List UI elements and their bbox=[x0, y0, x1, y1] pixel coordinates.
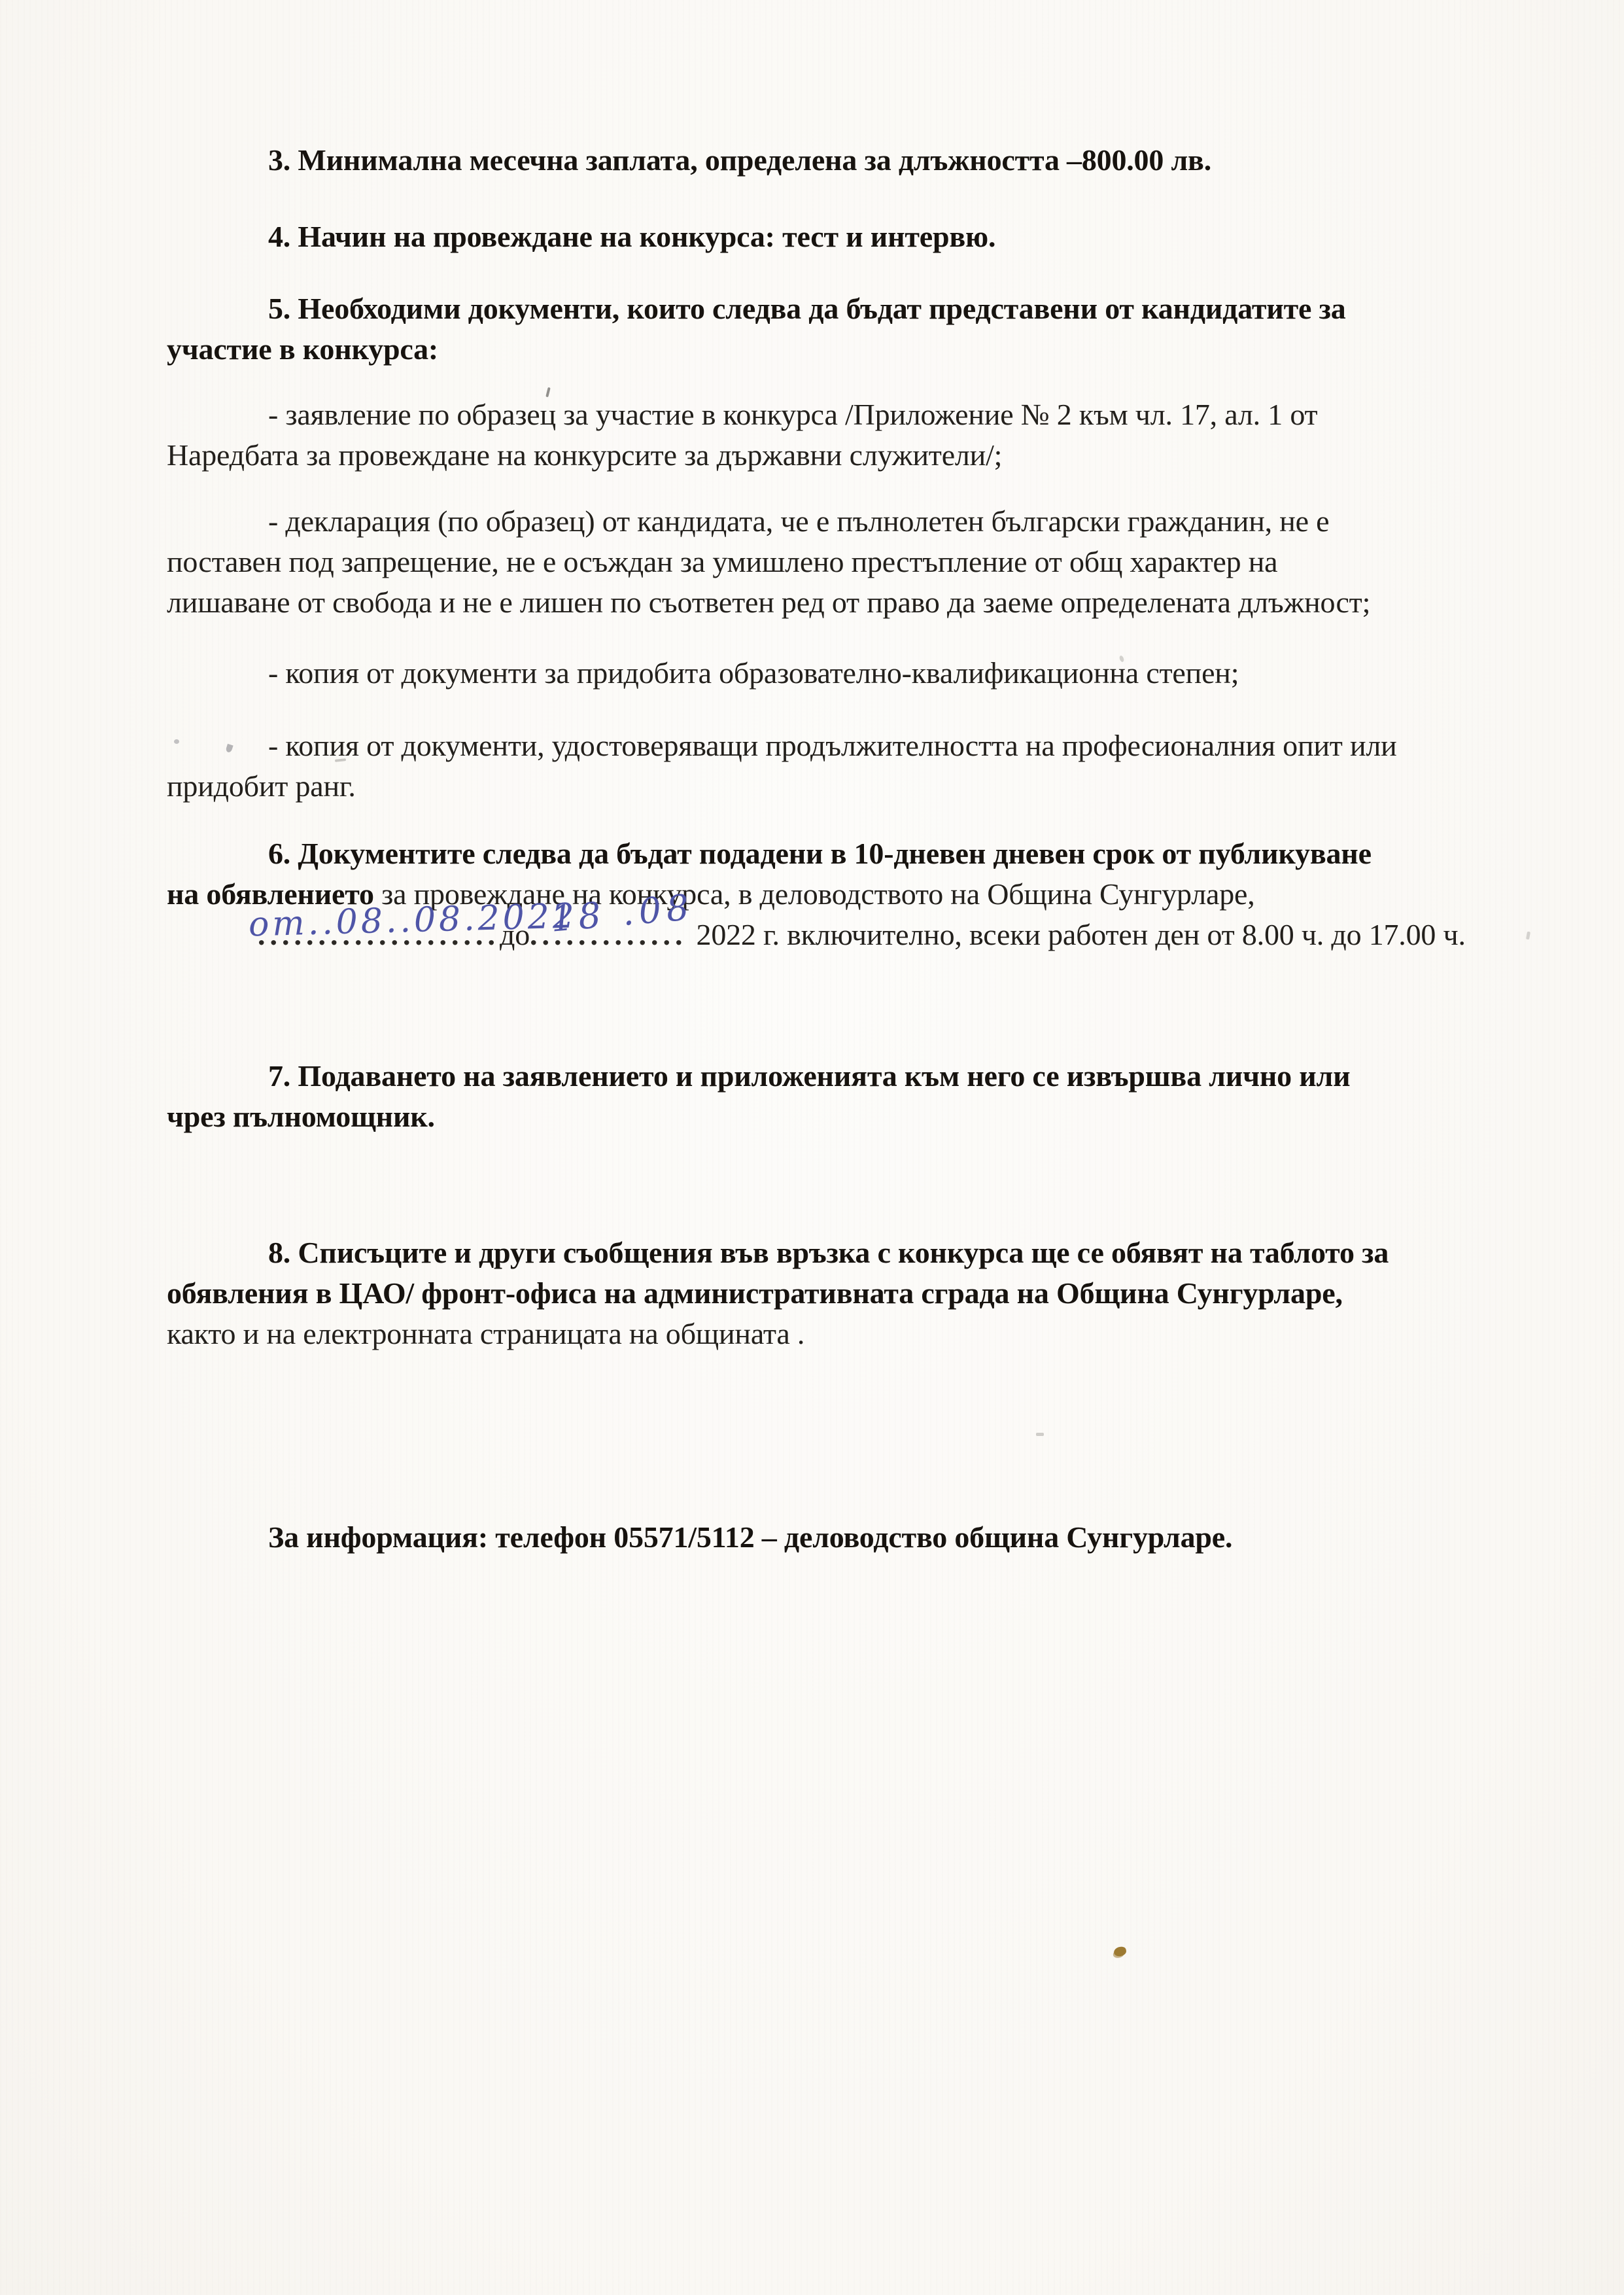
paragraph-bullet-deklaracia: - декларация (по образец) от кандидата, … bbox=[167, 501, 1413, 623]
item5-line1: 5. Необходими документи, които следва да… bbox=[268, 292, 1346, 325]
bullet-zayavlenie-line1: - заявление по образец за участие в конк… bbox=[268, 398, 1317, 431]
paragraph-item-6: 6. Документите следва да бъдат подадени … bbox=[167, 833, 1413, 955]
paragraph-bullet-zayavlenie: - заявление по образец за участие в конк… bbox=[167, 394, 1413, 476]
paragraph-item-7: 7. Подаването на заявлението и приложени… bbox=[167, 1056, 1413, 1137]
scan-artifact bbox=[1526, 932, 1530, 940]
bullet-zayavlenie-line2: Наредбата за провеждане на конкурсите за… bbox=[167, 438, 1002, 472]
bullet-kopia-opit-line1: - копия от документи, удостоверяващи про… bbox=[268, 729, 1397, 762]
scanned-document-page: 3. Минимална месечна заплата, определена… bbox=[0, 0, 1624, 2295]
item8-line3: както и на електронната страницата на об… bbox=[167, 1317, 804, 1350]
item8-line2: обявления в ЦАО/ фронт-офиса на админист… bbox=[167, 1276, 1343, 1310]
document-body: 3. Минимална месечна заплата, определена… bbox=[167, 140, 1413, 1558]
paragraph-bullet-kopia-opit: - копия от документи, удостоверяващи про… bbox=[167, 726, 1413, 807]
item8-line1: 8. Списъците и други съобщения във връзк… bbox=[268, 1236, 1389, 1269]
paper-stain bbox=[1113, 1946, 1127, 1957]
item7-line1: 7. Подаването на заявлението и приложени… bbox=[268, 1059, 1350, 1093]
bullet-kopia-stepen-line1: - копия от документи за придобита образо… bbox=[268, 656, 1239, 690]
bullet-deklaracia-line2: поставен под запрещение, не е осъждан за… bbox=[167, 545, 1277, 578]
bullet-deklaracia-line3: лишаване от свобода и не е лишен по съот… bbox=[167, 586, 1370, 619]
paragraph-item-3: 3. Минимална месечна заплата, определена… bbox=[167, 140, 1413, 181]
item4-line1: 4. Начин на провеждане на конкурса: тест… bbox=[268, 220, 995, 253]
paragraph-item-8: 8. Списъците и други съобщения във връзк… bbox=[167, 1233, 1413, 1354]
item7-line2: чрез пълномощник. bbox=[167, 1100, 435, 1133]
item6-line3-tail: 2022 г. включително, всеки работен ден о… bbox=[697, 918, 1466, 951]
paragraph-item-4: 4. Начин на провеждане на конкурса: тест… bbox=[167, 217, 1413, 257]
paragraph-bullet-kopia-stepen: - копия от документи за придобита образо… bbox=[167, 653, 1413, 693]
bullet-deklaracia-line1: - декларация (по образец) от кандидата, … bbox=[268, 504, 1329, 538]
bullet-kopia-opit-line2: придобит ранг. bbox=[167, 769, 356, 803]
item3-line1: 3. Минимална месечна заплата, определена… bbox=[268, 143, 1211, 177]
item6-line1: 6. Документите следва да бъдат подадени … bbox=[268, 837, 1372, 870]
item6-date-line: от..08..08.2022....................до...… bbox=[156, 915, 1466, 955]
paragraph-info: За информация: телефон 05571/5112 – дело… bbox=[167, 1517, 1413, 1558]
paragraph-item-5: 5. Необходими документи, които следва да… bbox=[167, 289, 1413, 370]
item5-line2: участие в конкурса: bbox=[167, 332, 438, 366]
info-line1: За информация: телефон 05571/5112 – дело… bbox=[268, 1520, 1232, 1554]
